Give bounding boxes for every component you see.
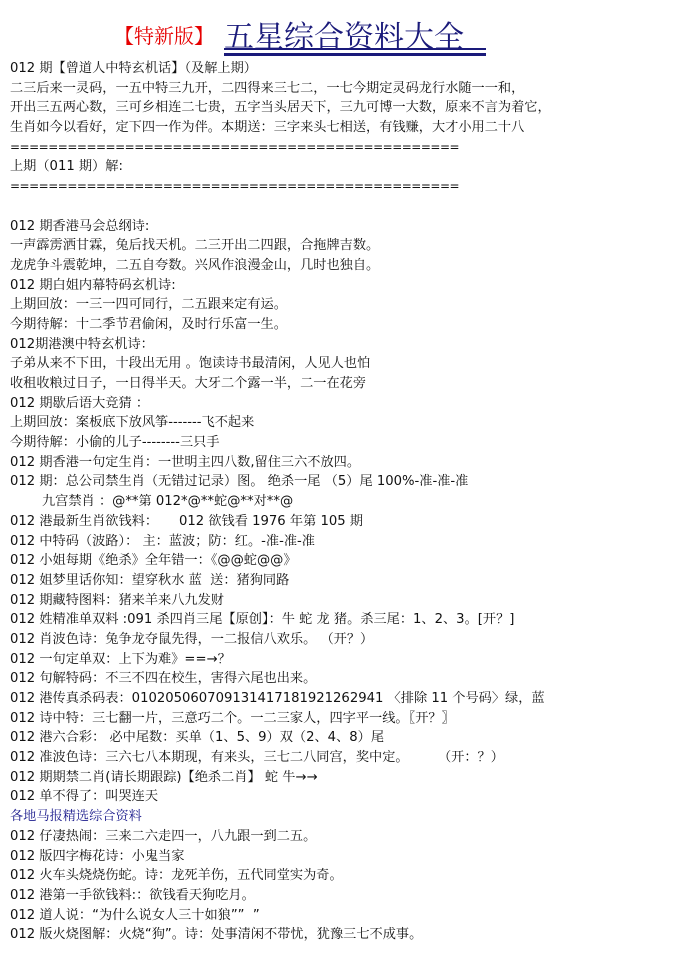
text-line: 012 港传真杀码表：0102050607091314171819212629​… [10, 689, 675, 709]
page-header: 【特新版】 五星综合资料大全 [0, 8, 679, 56]
separator: ========================================… [10, 138, 675, 158]
text-line: 012 小姐每期《绝杀》全年错一：《@@蛇@@》 [10, 551, 675, 571]
previous-issue-label: 上期（011 期）解: [10, 157, 675, 177]
text-line: 012 版火烧图解：火烧“狗”。诗：处事清闲不带忧，犹豫三七不成事。 [10, 925, 675, 945]
document-body: 012 期【曾道人中特玄机话】（及解上期） 二三后来一灵码，一五中特三九开，二四… [10, 59, 675, 945]
text-line: 012 期藏特图料：猪来羊来八九发财 [10, 591, 675, 611]
text-line: 上期回放：一三一四可同行，二五跟来定有运。 [10, 295, 675, 315]
text-line: 收租收粮过日子，一日得半天。大牙二个露一半，二一在花旁 [10, 374, 675, 394]
poem-line: 开出三五两心数，三可乡相连二七贵，五字当头居天下，三九可博一大数，原来不言为着它… [10, 98, 675, 118]
text-line: 012 姓精准单双料 :091 杀四肖三尾【原创】：牛 蛇 龙 猪。杀三尾：1、… [10, 610, 675, 630]
text-line: 一声霹雳洒甘霖，兔后找天机。二三开出二四跟，合拖牌吉数。 [10, 236, 675, 256]
text-line: 012 姐梦里话你知：望穿秋水 蓝 送：猪狗同路 [10, 571, 675, 591]
spacer [10, 197, 675, 217]
text-line: 龙虎争斗震乾坤，二五自夸数。兴风作浪漫金山，几时也独自。 [10, 256, 675, 276]
text-line: 012 句解特码：不三不四在校生，害得六尾也出来。 [10, 669, 675, 689]
indented-line: 九宫禁肖 ：@**第 012*@**蛇@**对**@ [10, 492, 675, 512]
text-line: 012 版四字梅花诗：小鬼当家 [10, 847, 675, 867]
separator: ========================================… [10, 177, 675, 197]
title-underline [224, 48, 486, 56]
text-line: 今期待解：小偷的儿子--------三只手 [10, 433, 675, 453]
text-line: 012 中特码（波路）： 主：蓝波；防：红。-准-准-准 [10, 532, 675, 552]
text-line: 子弟从来不下田，十段出无用 。饱读诗书最清闲，人见人也怕 [10, 354, 675, 374]
text-line: 012期港澳中特玄机诗： [10, 335, 675, 355]
text-line: 012 仔凄热闹：三来二六走四一，八九跟一到二五。 [10, 827, 675, 847]
edition-badge: 【特新版】 [114, 20, 214, 49]
text-line: 012 期：总公司禁生肖（无错过记录）图。 绝杀一尾 （5）尾 100%-准-准… [10, 472, 675, 492]
text-line: 今期待解：十二季节君偷闲，及时行乐富一生。 [10, 315, 675, 335]
text-line: 012 港最新生肖欲钱料： 012 欲钱看 1976 年第 105 期 [10, 512, 675, 532]
text-line: 012 单不得了：叫哭连天 [10, 787, 675, 807]
text-line: 012 期期禁二肖(请长期跟踪)【绝杀二肖】 蛇 牛→→ [10, 768, 675, 788]
text-line: 012 准波色诗：三六七八本期现，有来头，三七二八同宫，奖中定。 （开：？） [10, 748, 675, 768]
poem-line: 生肖如今以看好，定下四一作为伴。本期送：三字来头七相送，有钱赚，大才小用二十八 [10, 118, 675, 138]
text-line: 012 港第一手欲钱料:：欲钱看天狗吃月。 [10, 886, 675, 906]
text-line: 012 期白姐内幕特码玄机诗: [10, 276, 675, 296]
text-line: 上期回放：案板底下放风筝-------飞不起来 [10, 413, 675, 433]
text-line: 012 期歇后语大竞猜 ： [10, 394, 675, 414]
text-line: 012 一句定单双：上下为难》==→？ [10, 650, 675, 670]
section-link[interactable]: 各地马报精选综合资料 [10, 807, 675, 827]
poem-line: 二三后来一灵码，一五中特三九开，二四得来三七二，一七今期定灵码龙行水随一一和， [10, 79, 675, 99]
text-line: 012 期香港一句定生肖：一世明主四八数,留住三六不放四。 [10, 453, 675, 473]
text-line: 012 火车头烧烧伤蛇。诗：龙死羊伤，五代同堂实为奇。 [10, 866, 675, 886]
text-line: 012 期香港马会总纲诗: [10, 217, 675, 237]
text-line: 012 诗中特：三七翻一片，三意巧二个。一二三家人，四字平一线。〖开？〗 [10, 709, 675, 729]
text-line: 012 肖波色诗：兔争龙夺鼠先得，一二报信八欢乐。 （开？） [10, 630, 675, 650]
text-line: 012 道人说：“为什么说女人三十如狼”” ” [10, 906, 675, 926]
section-heading: 012 期【曾道人中特玄机话】（及解上期） [10, 59, 675, 79]
text-line: 012 港六合彩： 必中尾数：买单（1、5、9）双（2、4、8）尾 [10, 728, 675, 748]
